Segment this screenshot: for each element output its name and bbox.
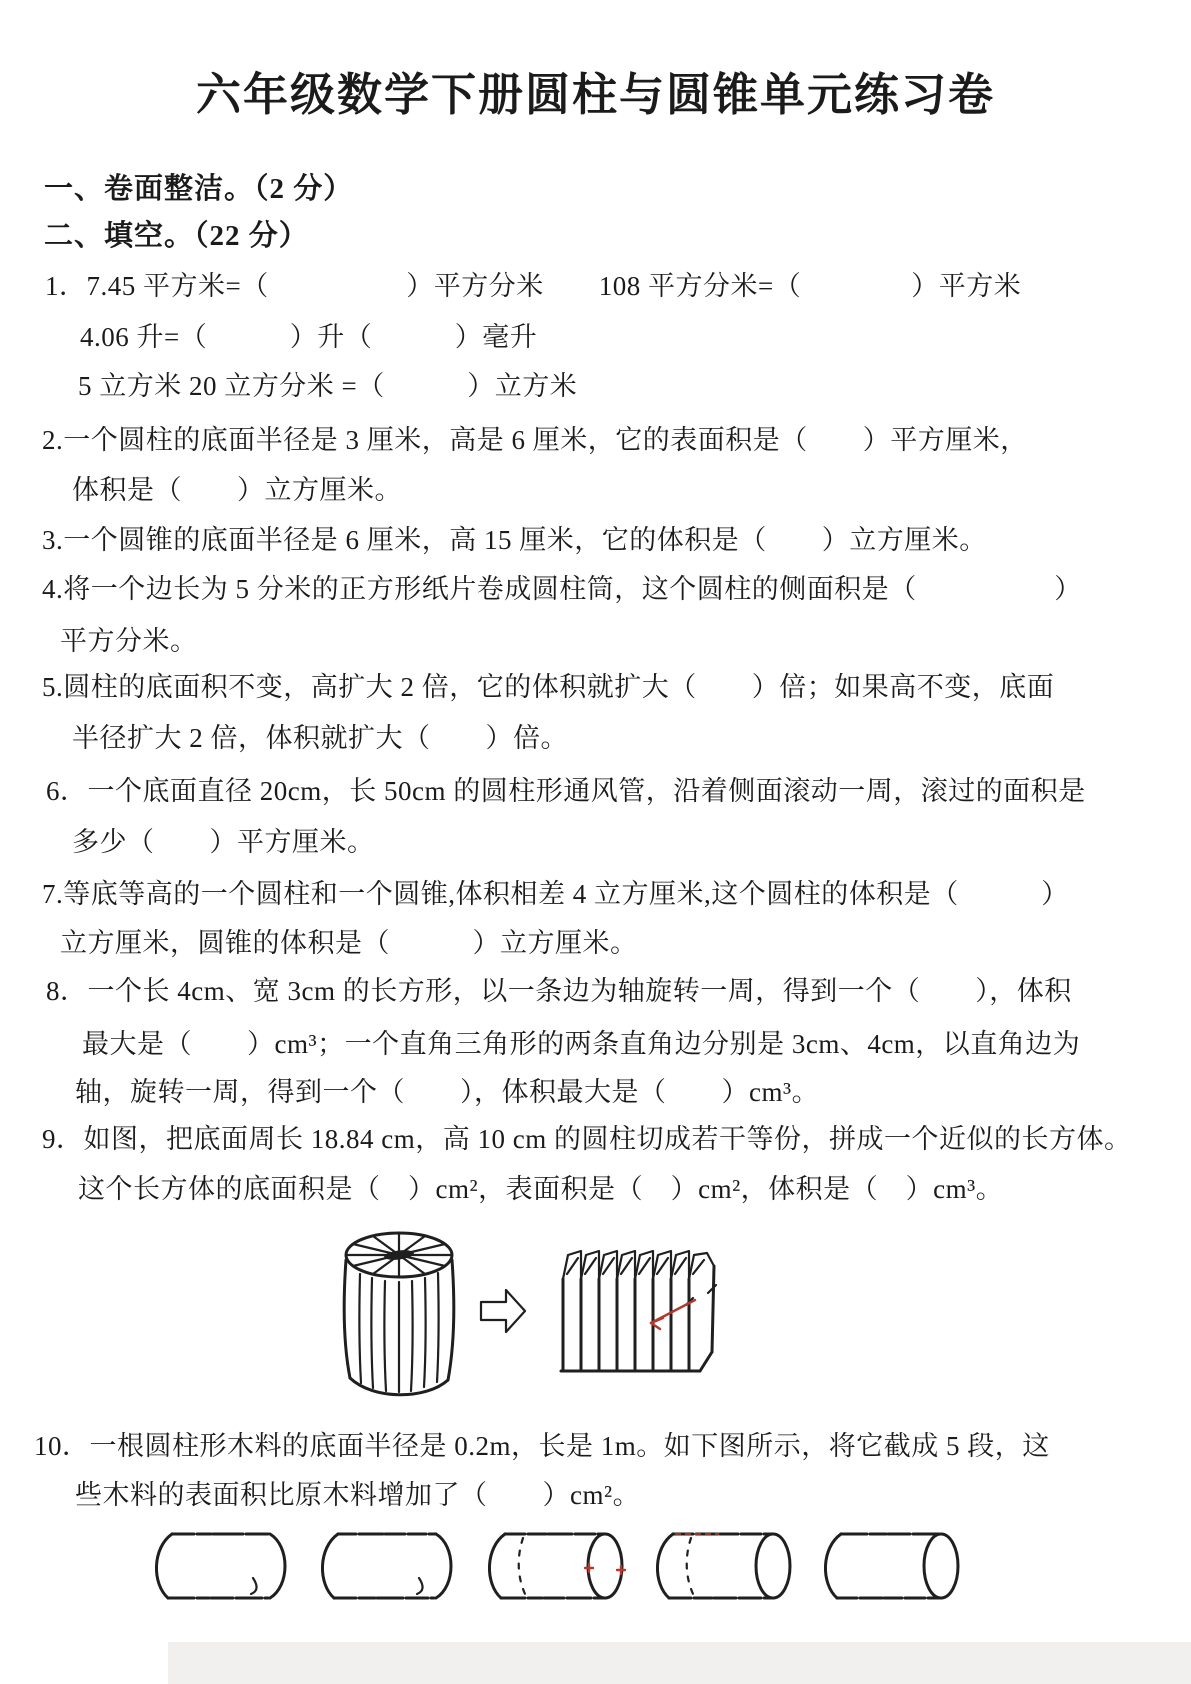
question-5-line-2: 半径扩大 2 倍，体积就扩大（ ）倍。 [72, 716, 568, 755]
question-10-figure [140, 1526, 985, 1616]
cylinder-center-mark [384, 1249, 415, 1262]
question-1-line-2: 4.06 升=（ ）升（ ）毫升 [80, 315, 537, 354]
log-segment-1 [156, 1534, 285, 1598]
question-9-line-1: 9．如图，把底面周长 18.84 cm，高 10 cm 的圆柱切成若干等份，拼成… [42, 1117, 1131, 1156]
scan-shadow-band [168, 1642, 1191, 1684]
question-3-line-1: 3.一个圆锥的底面半径是 6 厘米，高 15 厘米，它的体积是（ ）立方厘米。 [42, 518, 987, 557]
right-arrow-icon [481, 1290, 525, 1332]
question-7-line-1: 7.等底等高的一个圆柱和一个圆锥,体积相差 4 立方厘米,这个圆柱的体积是（ ） [42, 872, 1069, 911]
section-heading-2: 二、填空。（22 分） [44, 213, 309, 254]
section-heading-1: 一、卷面整洁。（2 分） [44, 166, 353, 207]
question-8-line-2: 最大是（ ）cm³；一个直角三角形的两条直角边分别是 3cm、4cm，以直角边为 [82, 1022, 1080, 1061]
page-title: 六年级数学下册圆柱与圆锥单元练习卷 [0, 58, 1191, 123]
question-4-line-1: 4.将一个边长为 5 分米的正方形纸片卷成圆柱筒，这个圆柱的侧面积是（ ） [42, 567, 1082, 606]
question-5-line-1: 5.圆柱的底面积不变，高扩大 2 倍，它的体积就扩大（ ）倍；如果高不变，底面 [42, 665, 1054, 704]
question-10-line-2: 些木料的表面积比原木料增加了（ ）cm²。 [75, 1473, 640, 1512]
log-segment-5 [825, 1534, 958, 1598]
question-4-line-2: 平方分米。 [60, 619, 198, 658]
question-1-line-1: 1．7.45 平方米=（ ）平方分米 108 平方分米=（ ）平方米 [45, 264, 1021, 303]
log-segment-2 [322, 1534, 451, 1598]
question-9-figure [298, 1222, 758, 1407]
worksheet-page: { "page": { "title": "六年级数学下册圆柱与圆锥单元练习卷"… [0, 0, 1191, 1684]
question-2-line-2: 体积是（ ）立方厘米。 [72, 468, 402, 507]
question-6-line-2: 多少（ ）平方厘米。 [72, 820, 375, 859]
question-1-line-3: 5 立方米 20 立方分米 =（ ）立方米 [78, 364, 577, 403]
question-8-line-3: 轴，旋转一周，得到一个（ ），体积最大是（ ）cm³。 [75, 1070, 819, 1109]
question-6-line-1: 6．一个底面直径 20cm，长 50cm 的圆柱形通风管，沿着侧面滚动一周，滚过… [46, 769, 1086, 808]
question-8-line-1: 8．一个长 4cm、宽 3cm 的长方形，以一条边为轴旋转一周，得到一个（ ），… [46, 969, 1072, 1008]
log-segment-3 [489, 1534, 622, 1598]
question-9-line-2: 这个长方体的底面积是（ ）cm²，表面积是（ ）cm²，体积是（ ）cm³。 [78, 1167, 1003, 1206]
wedge-cylinder-drawing [344, 1233, 454, 1395]
sliced-cuboid-drawing [561, 1251, 716, 1371]
question-2-line-1: 2.一个圆柱的底面半径是 3 厘米，高是 6 厘米，它的表面积是（ ）平方厘米， [42, 418, 1028, 457]
question-10-line-1: 10．一根圆柱形木料的底面半径是 0.2m，长是 1m。如下图所示，将它截成 5… [34, 1424, 1050, 1463]
question-7-line-2: 立方厘米，圆锥的体积是（ ）立方厘米。 [60, 921, 638, 960]
log-segment-4 [657, 1534, 790, 1598]
